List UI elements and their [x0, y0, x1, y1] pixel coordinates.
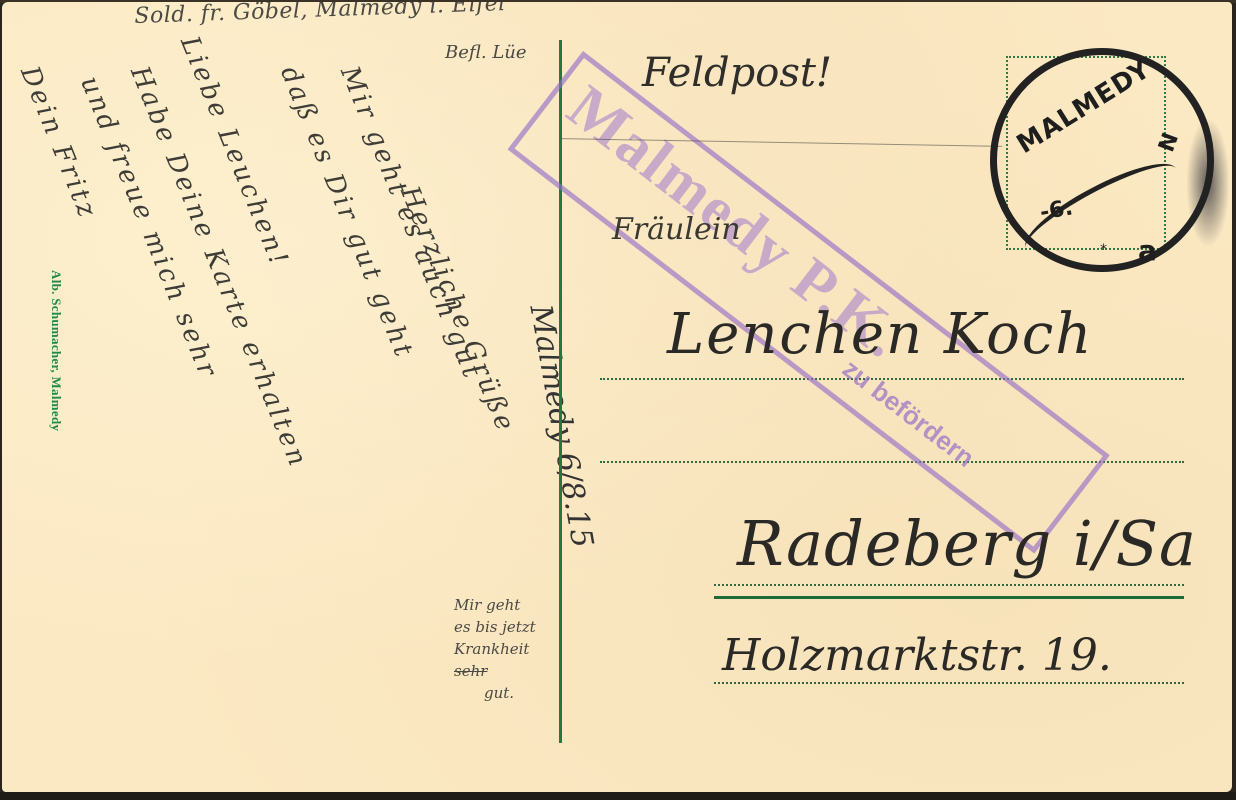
- star-icon: *: [1100, 242, 1107, 258]
- addressee-street: Holzmarktstr. 19.: [722, 630, 1112, 681]
- addressee-city: Radeberg i/Sa: [737, 507, 1197, 580]
- side-note: Mir geht es bis jetzt Krankheit sehr gut…: [454, 594, 574, 704]
- sender-unit: Befl. Lüe: [445, 42, 527, 63]
- publisher-imprint: Alb. Schumacher, Malmedy: [48, 270, 64, 431]
- addressee-salutation: Fräulein: [612, 212, 741, 247]
- postmark-letter: a: [1138, 234, 1157, 267]
- side-note-line: gut.: [454, 682, 574, 704]
- postcard: Sold. fr. Göbel, Malmedy i. Eifel Befl. …: [2, 2, 1232, 792]
- sender-line: Sold. fr. Göbel, Malmedy i. Eifel: [134, 2, 506, 29]
- address-line-3: [714, 584, 1184, 586]
- address-underline: [714, 596, 1184, 599]
- side-note-line: Krankheit: [454, 638, 574, 660]
- side-note-line: sehr: [454, 660, 574, 682]
- message-line: Herzliche Grüße: [394, 182, 521, 438]
- feldpost-heading: Feldpost!: [642, 50, 832, 96]
- side-note-line: Mir geht: [454, 594, 574, 616]
- card-bottom-edge: [0, 792, 1236, 800]
- addressee-name: Lenchen Koch: [667, 302, 1093, 367]
- address-line-4: [714, 682, 1184, 684]
- postmark: MALMEDY N -6. * a: [990, 48, 1222, 280]
- side-note-line: es bis jetzt: [454, 616, 574, 638]
